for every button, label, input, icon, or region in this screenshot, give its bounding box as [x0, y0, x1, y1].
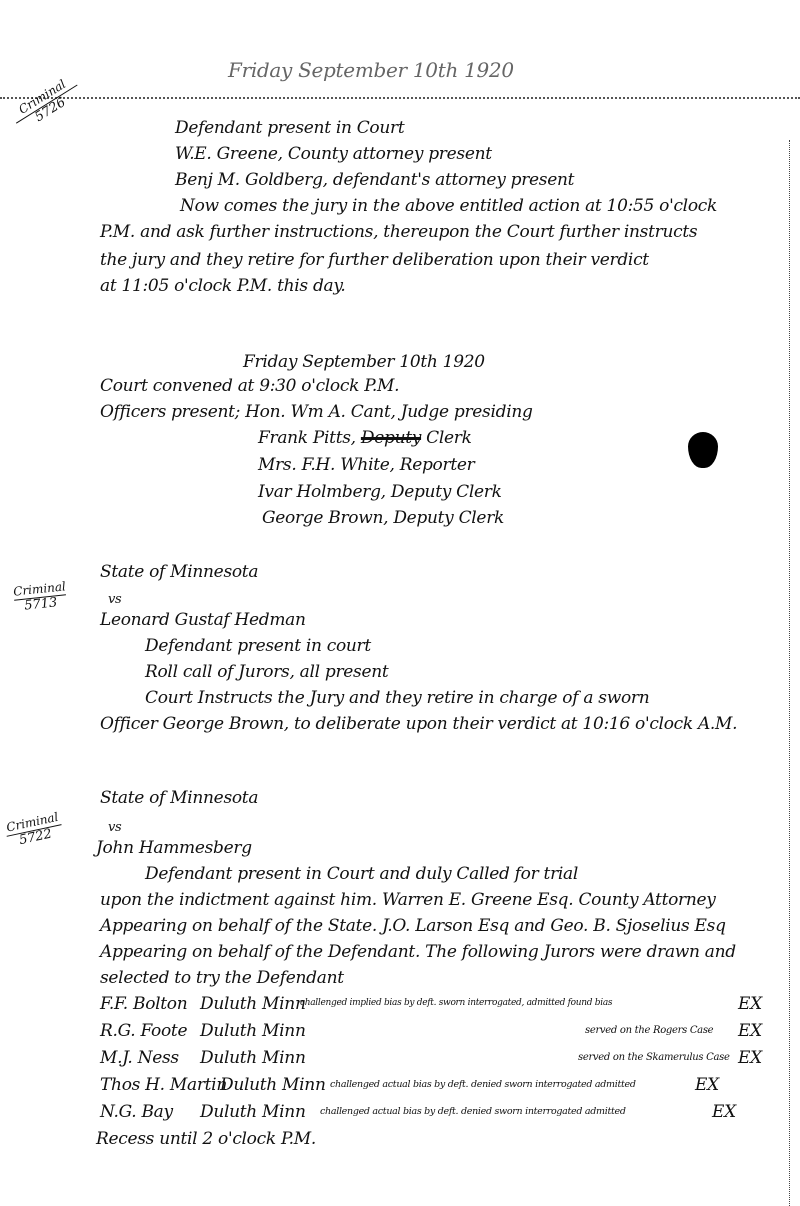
juror-residence: Duluth Minn	[200, 994, 306, 1014]
entry-line: Now comes the jury in the above entitled…	[180, 196, 717, 216]
officer-name: George Brown,	[262, 508, 388, 528]
right-margin-rule	[789, 140, 790, 1206]
juror-note: challenged actual bias by deft. denied s…	[320, 1106, 626, 1117]
juror-name: Thos H. Martin	[100, 1075, 227, 1095]
caption-versus: vs	[108, 820, 121, 835]
entry-line: Appearing on behalf of the Defendant. Th…	[100, 942, 736, 962]
juror-mark: EX	[712, 1102, 736, 1122]
entry-line: Benj M. Goldberg, defendant's attorney p…	[175, 170, 574, 190]
officer-role: Reporter	[400, 455, 475, 475]
officer-line: Mrs. F.H. White, Reporter	[258, 455, 474, 475]
juror-residence: Duluth Minn	[200, 1021, 306, 1041]
entry-line: Court Instructs the Jury and they retire…	[145, 688, 649, 708]
juror-mark: EX	[695, 1075, 719, 1095]
juror-name: N.G. Bay	[100, 1102, 173, 1122]
entry-line: Appearing on behalf of the State. J.O. L…	[100, 916, 726, 936]
entry-line: W.E. Greene, County attorney present	[175, 144, 492, 164]
officer-line: Ivar Holmberg, Deputy Clerk	[258, 482, 502, 502]
ink-blot	[688, 432, 718, 468]
caption-versus: vs	[108, 592, 121, 607]
entry-line: upon the indictment against him. Warren …	[100, 890, 716, 910]
juror-name: M.J. Ness	[100, 1048, 179, 1068]
court-record-page: Friday September 10th 1920 Criminal 5726…	[0, 0, 800, 1206]
officer-role: Deputy Clerk	[391, 482, 502, 502]
juror-name: F.F. Bolton	[100, 994, 187, 1014]
officer-role: Deputy Clerk	[393, 508, 504, 528]
entry-line: selected to try the Defendant	[100, 968, 344, 988]
officer-name: Mrs. F.H. White,	[258, 455, 395, 475]
juror-note: challenged implied bias by deft. sworn i…	[300, 998, 612, 1008]
page-header-date: Friday September 10th 1920	[228, 58, 514, 82]
officer-role: Clerk	[426, 428, 471, 448]
officer-line: George Brown, Deputy Clerk	[262, 508, 504, 528]
struck-text: Deputy	[361, 428, 421, 448]
juror-mark: EX	[738, 1048, 762, 1068]
officer-name: Ivar Holmberg,	[258, 482, 386, 502]
entry-line: Defendant present in Court	[175, 118, 404, 138]
entry-line: Officer George Brown, to deliberate upon…	[100, 714, 737, 734]
officer-line: Frank Pitts, Deputy Clerk	[258, 428, 472, 448]
margin-case-label: Criminal 5726	[8, 72, 85, 136]
caption-plaintiff: State of Minnesota	[100, 788, 258, 808]
recess-line: Recess until 2 o'clock P.M.	[96, 1129, 316, 1149]
juror-mark: EX	[738, 1021, 762, 1041]
entry-line: the jury and they retire for further del…	[100, 250, 649, 270]
juror-name: R.G. Foote	[100, 1021, 187, 1041]
entry-line: Defendant present in Court and duly Call…	[145, 864, 578, 884]
caption-defendant: John Hammesberg	[96, 838, 252, 858]
margin-case-label: Criminal 5722	[3, 810, 64, 851]
session-line: Officers present; Hon. Wm A. Cant, Judge…	[100, 402, 533, 422]
session-heading: Friday September 10th 1920	[243, 352, 485, 372]
officer-name: Frank Pitts,	[258, 428, 356, 448]
header-divider	[0, 97, 800, 99]
entry-line: at 11:05 o'clock P.M. this day.	[100, 276, 346, 296]
juror-residence: Duluth Minn	[220, 1075, 326, 1095]
entry-line: Roll call of Jurors, all present	[145, 662, 388, 682]
entry-line: P.M. and ask further instructions, there…	[100, 222, 697, 242]
juror-note: served on the Rogers Case	[585, 1025, 713, 1036]
entry-line: Defendant present in court	[145, 636, 371, 656]
juror-residence: Duluth Minn	[200, 1102, 306, 1122]
caption-defendant: Leonard Gustaf Hedman	[100, 610, 306, 630]
juror-mark: EX	[738, 994, 762, 1014]
caption-plaintiff: State of Minnesota	[100, 562, 258, 582]
session-line: Court convened at 9:30 o'clock P.M.	[100, 376, 399, 396]
juror-note: served on the Skamerulus Case	[578, 1052, 730, 1063]
margin-case-label: Criminal 5713	[13, 579, 68, 614]
juror-residence: Duluth Minn	[200, 1048, 306, 1068]
juror-note: challenged actual bias by deft. denied s…	[330, 1079, 636, 1090]
